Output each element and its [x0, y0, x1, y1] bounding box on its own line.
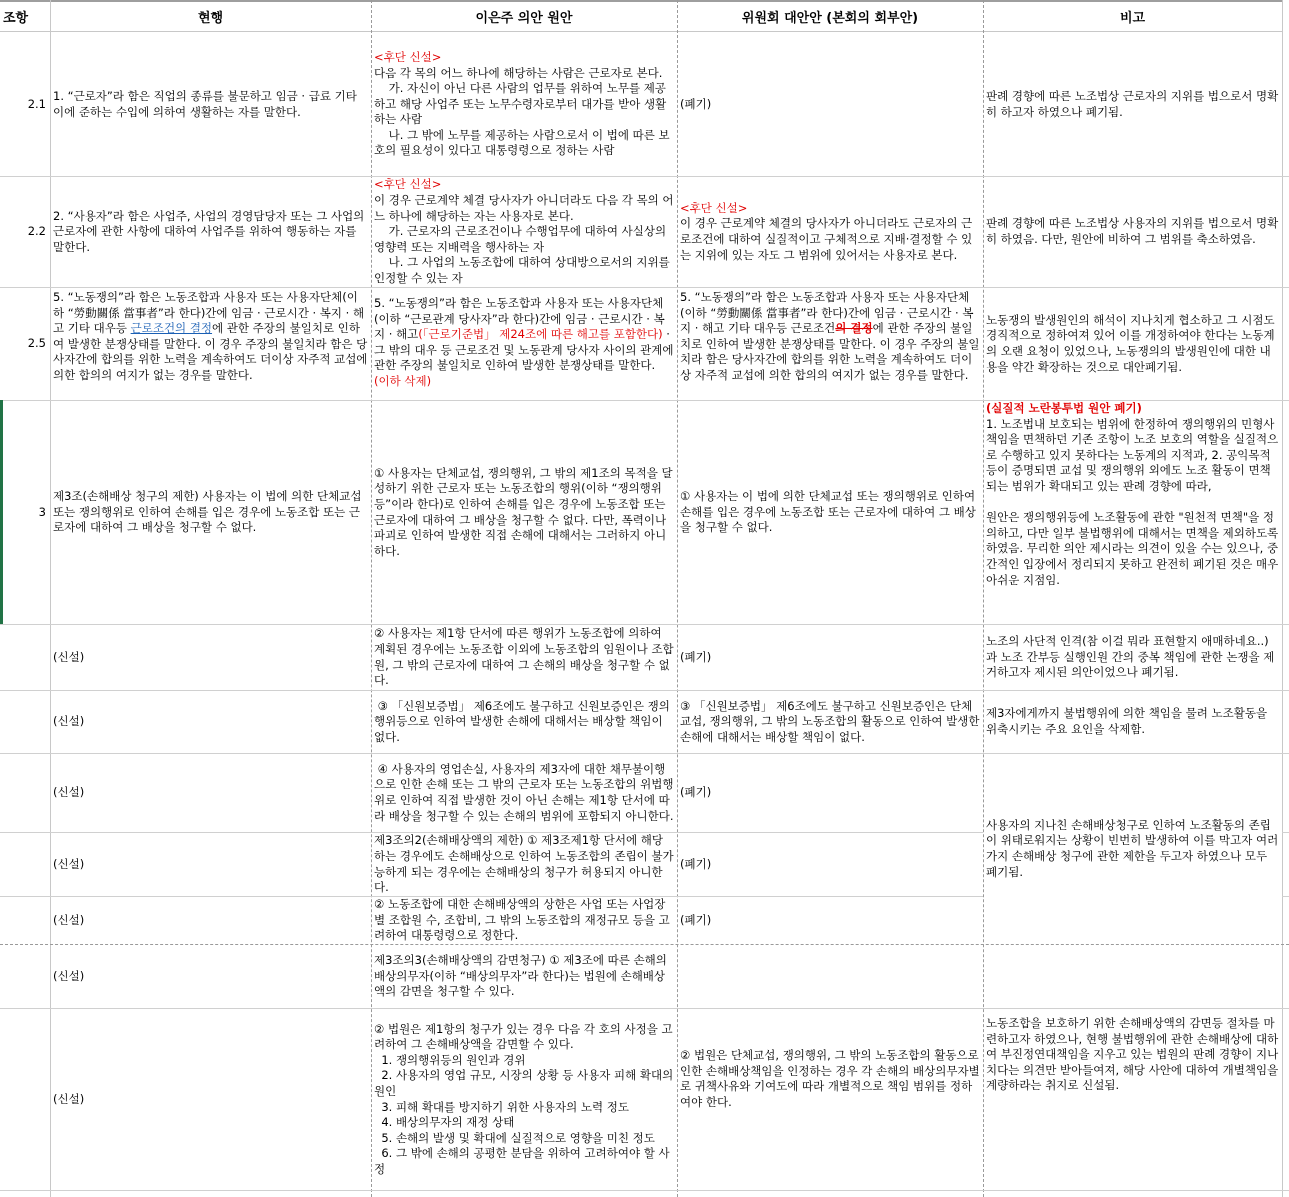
cell-current[interactable]: (신설): [50, 1008, 371, 1190]
row-divider: [1282, 832, 1289, 833]
article-number: 2.5: [28, 336, 46, 352]
header-original-bill[interactable]: 이은주 의안 원안: [371, 0, 677, 32]
inserted-text: (「근로기준법」 제24조에 따른 해고를 포함한다): [418, 327, 662, 341]
struck-text: 의 결정: [835, 321, 872, 335]
cell-remarks[interactable]: [983, 944, 1282, 1008]
cell-current[interactable]: (신설): [50, 690, 371, 753]
original-text: ② 법원은 제1항의 청구가 있는 경우 다음 각 호의 사정을 고려하여 그 …: [374, 1022, 674, 1178]
cell-committee-alt[interactable]: ③ 「신원보증법」 제6조에도 불구하고 신원보증인은 단체교섭, 쟁의행위, …: [677, 690, 983, 753]
cell-article[interactable]: 3: [0, 400, 50, 624]
committee-text: ② 법원은 단체교섭, 쟁의행위, 그 밖의 노동조합의 활동으로 인한 손해배…: [680, 1048, 980, 1110]
remarks-text: 판례 경향에 따른 노조법상 근로자의 지위를 법으로서 명확히 하고자 하였으…: [986, 89, 1279, 120]
cell-original-bill[interactable]: 제3조의3(손해배상액의 감면청구) ① 제3조에 따른 손해의 배상의무자(이…: [371, 944, 677, 1008]
original-text: ② 사용자는 제1항 단서에 따른 행위가 노동조합에 의하여 계획된 경우에는…: [374, 626, 674, 688]
cell-original-bill[interactable]: ③ 「신원보증법」 제6조에도 불구하고 신원보증인은 쟁의행위등으로 인하여 …: [371, 690, 677, 753]
cell-current[interactable]: 5. “노동쟁의”라 함은 노동조합과 사용자 또는 사용자단체(이하 “勞動關…: [50, 287, 371, 400]
committee-text: (폐기): [680, 650, 980, 666]
current-text: (신설): [53, 857, 368, 873]
current-text: (신설): [53, 714, 368, 730]
current-text: 제3조(손해배상 청구의 제한) 사용자는 이 법에 의한 단체교섭 또는 쟁의…: [53, 489, 368, 536]
article-number: 3: [39, 505, 46, 521]
cell-current[interactable]: 1. “근로자”라 함은 직업의 종류를 불문하고 임금 · 급료 기타 이에 …: [50, 32, 371, 176]
cell-current[interactable]: (신설): [50, 753, 371, 832]
hyperlink-text[interactable]: 근로조건의 결정: [131, 321, 212, 335]
original-text: ④ 사용자의 영업손실, 사용자의 제3자에 대한 채무불이행으로 인한 손해 …: [374, 762, 674, 824]
cell-original-bill[interactable]: <후단 신설>다음 각 목의 어느 하나에 해당하는 사람은 근로자로 본다. …: [371, 32, 677, 176]
committee-text: ① 사용자는 이 법에 의한 단체교섭 또는 쟁의행위로 인하여 손해를 입은 …: [680, 489, 980, 536]
remarks-text: 1. 노조법내 보호되는 범위에 한정하여 쟁의행위의 민형사 책임을 면책하던…: [986, 417, 1279, 589]
cell-current[interactable]: (신설): [50, 896, 371, 944]
cell-original-bill[interactable]: 제3조의2(손해배상액의 제한) ① 제3조제1항 단서에 해당하는 경우에도 …: [371, 832, 677, 896]
cell-original-bill[interactable]: ② 사용자는 제1항 단서에 따른 행위가 노동조합에 의하여 계획된 경우에는…: [371, 624, 677, 690]
cell-committee-alt[interactable]: (폐기): [677, 32, 983, 176]
cell-remarks[interactable]: 노동쟁의 발생원인의 해석이 지나치게 협소하고 그 시점도 경직적으로 정하여…: [983, 287, 1282, 400]
cell-remarks[interactable]: 노동조합을 보호하기 위한 손해배상액의 감면등 절차를 마련하고자 하였으나,…: [983, 1008, 1282, 1190]
cell-remarks[interactable]: 노조의 사단적 인격(참 이걸 뭐라 표현할지 애매하네요..)과 노조 간부등…: [983, 624, 1282, 690]
current-text: (신설): [53, 785, 368, 801]
cell-original-bill[interactable]: 5. “노동쟁의”라 함은 노동조합과 사용자 또는 사용자단체(이하 “근로관…: [371, 287, 677, 400]
original-text: 다음 각 목의 어느 하나에 해당하는 사람은 근로자로 본다. 가. 자신이 …: [374, 66, 674, 160]
committee-text: (폐기): [680, 785, 980, 801]
new-clause-tag: <후단 신설>: [374, 177, 674, 193]
cell-current[interactable]: (신설): [50, 832, 371, 896]
cell-original-bill[interactable]: ② 노동조합에 대한 손해배상액의 상한은 사업 또는 사업장별 조합원 수, …: [371, 896, 677, 944]
col-divider: [1282, 0, 1283, 1197]
cell-committee-alt[interactable]: (폐기): [677, 624, 983, 690]
original-text: ① 사용자는 단체교섭, 쟁의행위, 그 밖의 제1조의 목적을 달성하기 위한…: [374, 466, 674, 560]
cell-remarks[interactable]: (실질적 노란봉투법 원안 폐기)1. 노조법내 보호되는 범위에 한정하여 쟁…: [983, 400, 1282, 624]
cell-remarks[interactable]: 판례 경향에 따른 노조법상 근로자의 지위를 법으로서 명확히 하고자 하였으…: [983, 32, 1282, 176]
current-text: (신설): [53, 969, 368, 985]
committee-text: (폐기): [680, 913, 980, 929]
cell-current[interactable]: (신설): [50, 624, 371, 690]
spreadsheet: 조항 현행 이은주 의안 원안 위원회 대안안 (본회의 회부안) 비고 2.1…: [0, 0, 1289, 1197]
committee-text: 이 경우 근로계약 체결의 당사자가 아니더라도 근로자의 근로조건에 대하여 …: [680, 216, 980, 263]
remarks-text: 노조의 사단적 인격(참 이걸 뭐라 표현할지 애매하네요..)과 노조 간부등…: [986, 634, 1279, 681]
remarks-heading: (실질적 노란봉투법 원안 폐기): [986, 401, 1279, 417]
remarks-text: 노동조합을 보호하기 위한 손해배상액의 감면등 절차를 마련하고자 하였으나,…: [986, 1016, 1279, 1094]
cell-committee-alt[interactable]: (폐기): [677, 753, 983, 832]
cell-remarks-merged[interactable]: 사용자의 지나친 손해배상청구로 인하여 노조활동의 존립이 위태로워지는 상황…: [983, 753, 1282, 944]
cell-current[interactable]: (신설): [50, 944, 371, 1008]
cell-original-bill[interactable]: ② 법원은 제1항의 청구가 있는 경우 다음 각 호의 사정을 고려하여 그 …: [371, 1008, 677, 1190]
cell-committee-alt[interactable]: ① 사용자는 이 법에 의한 단체교섭 또는 쟁의행위로 인하여 손해를 입은 …: [677, 400, 983, 624]
header-current[interactable]: 현행: [50, 0, 371, 32]
original-text: ② 노동조합에 대한 손해배상액의 상한은 사업 또는 사업장별 조합원 수, …: [374, 897, 674, 944]
cell-current[interactable]: 제3조(손해배상 청구의 제한) 사용자는 이 법에 의한 단체교섭 또는 쟁의…: [50, 400, 371, 624]
cell-original-bill[interactable]: ① 사용자는 단체교섭, 쟁의행위, 그 밖의 제1조의 목적을 달성하기 위한…: [371, 400, 677, 624]
remarks-text: 제3자에게까지 불법행위에 의한 책임을 물려 노조활동을 위축시키는 주요 요…: [986, 706, 1279, 737]
committee-text: (폐기): [680, 857, 980, 873]
cell-committee-alt[interactable]: (폐기): [677, 896, 983, 944]
deleted-note: (이하 삭제): [374, 374, 431, 388]
current-text: 2. “사용자”라 함은 사업주, 사업의 경영담당자 또는 그 사업의 근로자…: [53, 209, 368, 256]
header-committee-alt[interactable]: 위원회 대안안 (본회의 회부안): [677, 0, 983, 32]
cell-remarks[interactable]: 판례 경향에 따른 노조법상 사용자의 지위를 법으로서 명확히 하였음. 다만…: [983, 176, 1282, 287]
header-article[interactable]: 조항: [0, 0, 50, 32]
cell-article[interactable]: 2.1: [0, 32, 50, 176]
cell-committee-alt[interactable]: (폐기): [677, 832, 983, 896]
new-clause-tag: <후단 신설>: [374, 50, 674, 66]
current-text: (신설): [53, 650, 368, 666]
cell-original-bill[interactable]: ④ 사용자의 영업손실, 사용자의 제3자에 대한 채무불이행으로 인한 손해 …: [371, 753, 677, 832]
current-text: (신설): [53, 913, 368, 929]
row-divider: [1282, 896, 1289, 897]
row-divider: [0, 1190, 1289, 1191]
cell-article[interactable]: 2.2: [0, 176, 50, 287]
header-remarks[interactable]: 비고: [983, 0, 1282, 32]
cell-remarks[interactable]: 제3자에게까지 불법행위에 의한 책임을 물려 노조활동을 위축시키는 주요 요…: [983, 690, 1282, 753]
original-text: 제3조의2(손해배상액의 제한) ① 제3조제1항 단서에 해당하는 경우에도 …: [374, 833, 674, 895]
cell-committee-alt[interactable]: <후단 신설>이 경우 근로계약 체결의 당사자가 아니더라도 근로자의 근로조…: [677, 176, 983, 287]
cell-current[interactable]: 2. “사용자”라 함은 사업주, 사업의 경영담당자 또는 그 사업의 근로자…: [50, 176, 371, 287]
cell-committee-alt[interactable]: ② 법원은 단체교섭, 쟁의행위, 그 밖의 노동조합의 활동으로 인한 손해배…: [677, 1008, 983, 1190]
cell-original-bill[interactable]: <후단 신설>이 경우 근로계약 체결 당사자가 아니더라도 다음 각 목의 어…: [371, 176, 677, 287]
original-text: 이 경우 근로계약 체결 당사자가 아니더라도 다음 각 목의 어느 하나에 해…: [374, 193, 674, 287]
cell-committee-alt[interactable]: [677, 944, 983, 1008]
current-text: 1. “근로자”라 함은 직업의 종류를 불문하고 임금 · 급료 기타 이에 …: [53, 89, 368, 120]
current-text: (신설): [53, 1092, 368, 1108]
cell-article[interactable]: 2.5: [0, 287, 50, 400]
committee-text: ③ 「신원보증법」 제6조에도 불구하고 신원보증인은 단체교섭, 쟁의행위, …: [680, 699, 980, 746]
article-number: 2.1: [28, 97, 46, 113]
committee-text: (폐기): [680, 97, 980, 113]
article-number: 2.2: [28, 224, 46, 240]
original-text: ③ 「신원보증법」 제6조에도 불구하고 신원보증인은 쟁의행위등으로 인하여 …: [374, 699, 674, 746]
remarks-text: 노동쟁의 발생원인의 해석이 지나치게 협소하고 그 시점도 경직적으로 정하여…: [986, 313, 1279, 375]
new-clause-tag: <후단 신설>: [680, 201, 980, 217]
remarks-text: 사용자의 지나친 손해배상청구로 인하여 노조활동의 존립이 위태로워지는 상황…: [986, 818, 1279, 880]
cell-committee-alt[interactable]: 5. “노동쟁의”라 함은 노동조합과 사용자 또는 사용자단체(이하 “勞動關…: [677, 287, 983, 400]
remarks-text: 판례 경향에 따른 노조법상 사용자의 지위를 법으로서 명확히 하였음. 다만…: [986, 216, 1279, 247]
original-text: 제3조의3(손해배상액의 감면청구) ① 제3조에 따른 손해의 배상의무자(이…: [374, 953, 674, 1000]
